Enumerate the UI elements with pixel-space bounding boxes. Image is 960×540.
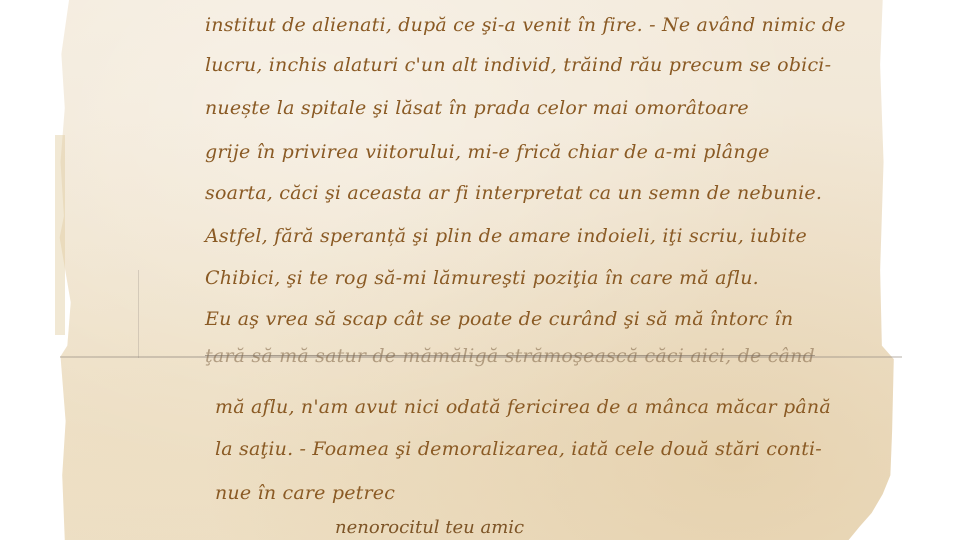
- letter-line-10: mă aflu, n'am avut nici odată fericirea …: [215, 396, 831, 418]
- letter-line-3: nuește la spitale şi lăsat în prada celo…: [205, 97, 749, 119]
- letter-body: institut de alienati, după ce şi-a venit…: [0, 0, 960, 540]
- letter-line-7: Chibici, şi te rog să-mi lămureşti poziţ…: [205, 267, 759, 289]
- letter-line-2: lucru, inchis alaturi c'un alt individ, …: [205, 54, 831, 76]
- letter-line-11: la saţiu. - Foamea şi demoralizarea, iat…: [215, 438, 822, 460]
- letter-line-9-faded: ţară să mă satur de mămăligă strămoşeasc…: [205, 345, 815, 367]
- letter-line-1: institut de alienati, după ce şi-a venit…: [205, 14, 846, 36]
- letter-line-4: grije în privirea viitorului, mi-e frică…: [205, 141, 770, 163]
- letter-line-12: nue în care petrec: [215, 482, 395, 504]
- letter-line-6: Astfel, fără speranță şi plin de amare i…: [205, 225, 807, 247]
- letter-line-5: soarta, căci şi aceasta ar fi interpreta…: [205, 182, 822, 204]
- letter-line-8: Eu aş vrea să scap cât se poate de curân…: [205, 308, 793, 330]
- letter-closing: nenorocitul teu amic: [335, 517, 524, 538]
